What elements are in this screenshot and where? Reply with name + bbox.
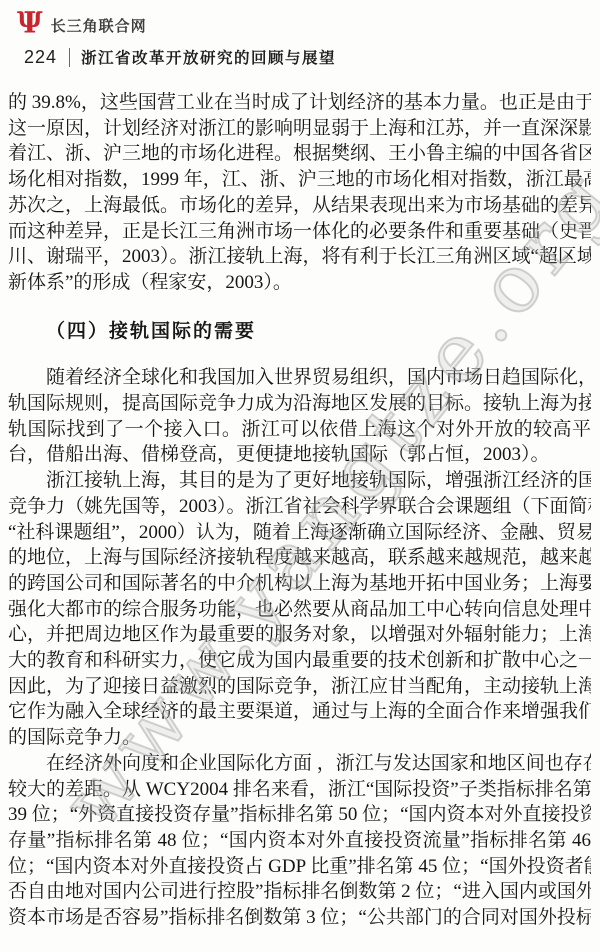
text-line: 的跨国公司和国际著名的中介机构以上海为基地开拓中国业务；上海要: [8, 571, 591, 597]
text-line: 在经济外向度和企业国际化方面 ，浙江与发达国家和地区间也存在: [8, 751, 591, 777]
text-line: 39 位；“外资直接投资存量”指标排名第 50 位；“国内资本对外直接投资: [8, 802, 591, 828]
chapter-title: 浙江省改革开放研究的回顾与展望: [81, 46, 336, 68]
text-line: 的国际竞争力。: [8, 725, 591, 751]
text-line: （四）接轨国际的需要: [8, 319, 591, 345]
text-line: 随着经济全球化和我国加入世界贸易组织，国内市场日趋国际化，接: [8, 365, 591, 391]
text-line: 资本市场是否容易”指标排名倒数第 3 位；“公共部门的合同对国外投标: [8, 905, 591, 931]
section-heading: （四）接轨国际的需要: [8, 319, 591, 345]
text-line: 强化大都市的综合服务功能，也必然要从商品加工中心转向信息处理中: [8, 597, 591, 623]
text-line: 苏次之，上海最低。市场化的差异，从结果表现出来为市场基础的差异，: [8, 193, 591, 219]
text-line: 场化相对指数，1999 年，江、浙、沪三地的市场化相对指数，浙江最高，江: [8, 167, 591, 193]
text-line: 竞争力（姚先国等，2003）。浙江省社会科学界联合会课题组（下面简称: [8, 494, 591, 520]
text-line: 较大的差距。从 WCY2004 排名来看，浙江“国际投资”子类指标排名第: [8, 777, 591, 803]
text-line: 因此，为了迎接日益激烈的国际竞争，浙江应甘当配角，主动接轨上海，把: [8, 674, 591, 700]
text-line: 着江、浙、沪三地的市场化进程。根据樊纲、王小鲁主编的中国各省区市: [8, 141, 591, 167]
text-line: 位；“国内资本对外直接投资占 GDP 比重”排名第 45 位；“国外投资者能: [8, 854, 591, 880]
paragraph: 的 39.8%，这些国营工业在当时成了计划经济的基本力量。也正是由于这一原因，计…: [8, 90, 591, 296]
text-line: 这一原因，计划经济对浙江的影响明显弱于上海和江苏，并一直深深影响: [8, 116, 591, 142]
text-line: 轨国际规则，提高国际竞争力成为沿海地区发展的目标。接轨上海为接: [8, 391, 591, 417]
text-line: 浙江接轨上海，其目的是为了更好地接轨国际，增强浙江经济的国际: [8, 468, 591, 494]
site-logo-text: 长三角联合网: [51, 11, 147, 36]
text-line: 新体系”的形成（程家安，2003）。: [8, 270, 591, 296]
text-line: 轨国际找到了一个接入口。浙江可以依借上海这个对外开放的较高平: [8, 417, 591, 443]
site-logo-icon: Ψ: [17, 8, 43, 37]
paragraph: 浙江接轨上海，其目的是为了更好地接轨国际，增强浙江经济的国际竞争力（姚先国等，2…: [8, 468, 591, 751]
text-line: 心，并把周边地区作为最重要的服务对象，以增强对外辐射能力；上海强: [8, 622, 591, 648]
text-line: 的 39.8%，这些国营工业在当时成了计划经济的基本力量。也正是由于: [8, 90, 591, 116]
text-line: “社科课题组”，2000）认为，随着上海逐渐确立国际经济、金融、贸易中心: [8, 520, 591, 546]
page-number: 224: [24, 47, 57, 68]
book-page: www.yangtze.org.cn Ψ 长三角联合网 224 浙江省改革开放研…: [0, 0, 600, 952]
text-line: 存量”指标排名第 48 位；“国内资本对外直接投资流量”指标排名第 46: [8, 828, 591, 854]
text-line: 的地位，上海与国际经济接轨程度越来越高，联系越来越规范，越来越多: [8, 545, 591, 571]
page-content: 的 39.8%，这些国营工业在当时成了计划经济的基本力量。也正是由于这一原因，计…: [8, 90, 591, 931]
text-line: 而这种差异，正是长江三角洲市场一体化的必要条件和重要基础（史晋: [8, 219, 591, 245]
text-line: 川、谢瑞平，2003）。浙江接轨上海，将有利于长江三角洲区域“超区域创: [8, 244, 591, 270]
running-head: 224 浙江省改革开放研究的回顾与展望: [24, 46, 580, 68]
text-line: 否自由地对国内公司进行控股”指标排名倒数第 2 位；“进入国内或国外: [8, 879, 591, 905]
text-line: 它作为融入全球经济的最主要渠道，通过与上海的全面合作来增强我们: [8, 699, 591, 725]
running-head-divider: [69, 48, 70, 67]
site-header: Ψ 长三角联合网: [17, 9, 147, 37]
paragraph: 随着经济全球化和我国加入世界贸易组织，国内市场日趋国际化，接轨国际规则，提高国际…: [8, 365, 591, 468]
text-line: 大的教育和科研实力，使它成为国内最重要的技术创新和扩散中心之一。: [8, 648, 591, 674]
text-line: 台，借船出海、借梯登高，更便捷地接轨国际（郭占恒，2003）。: [8, 442, 591, 468]
paragraph: 在经济外向度和企业国际化方面 ，浙江与发达国家和地区间也存在较大的差距。从 WC…: [8, 751, 591, 931]
